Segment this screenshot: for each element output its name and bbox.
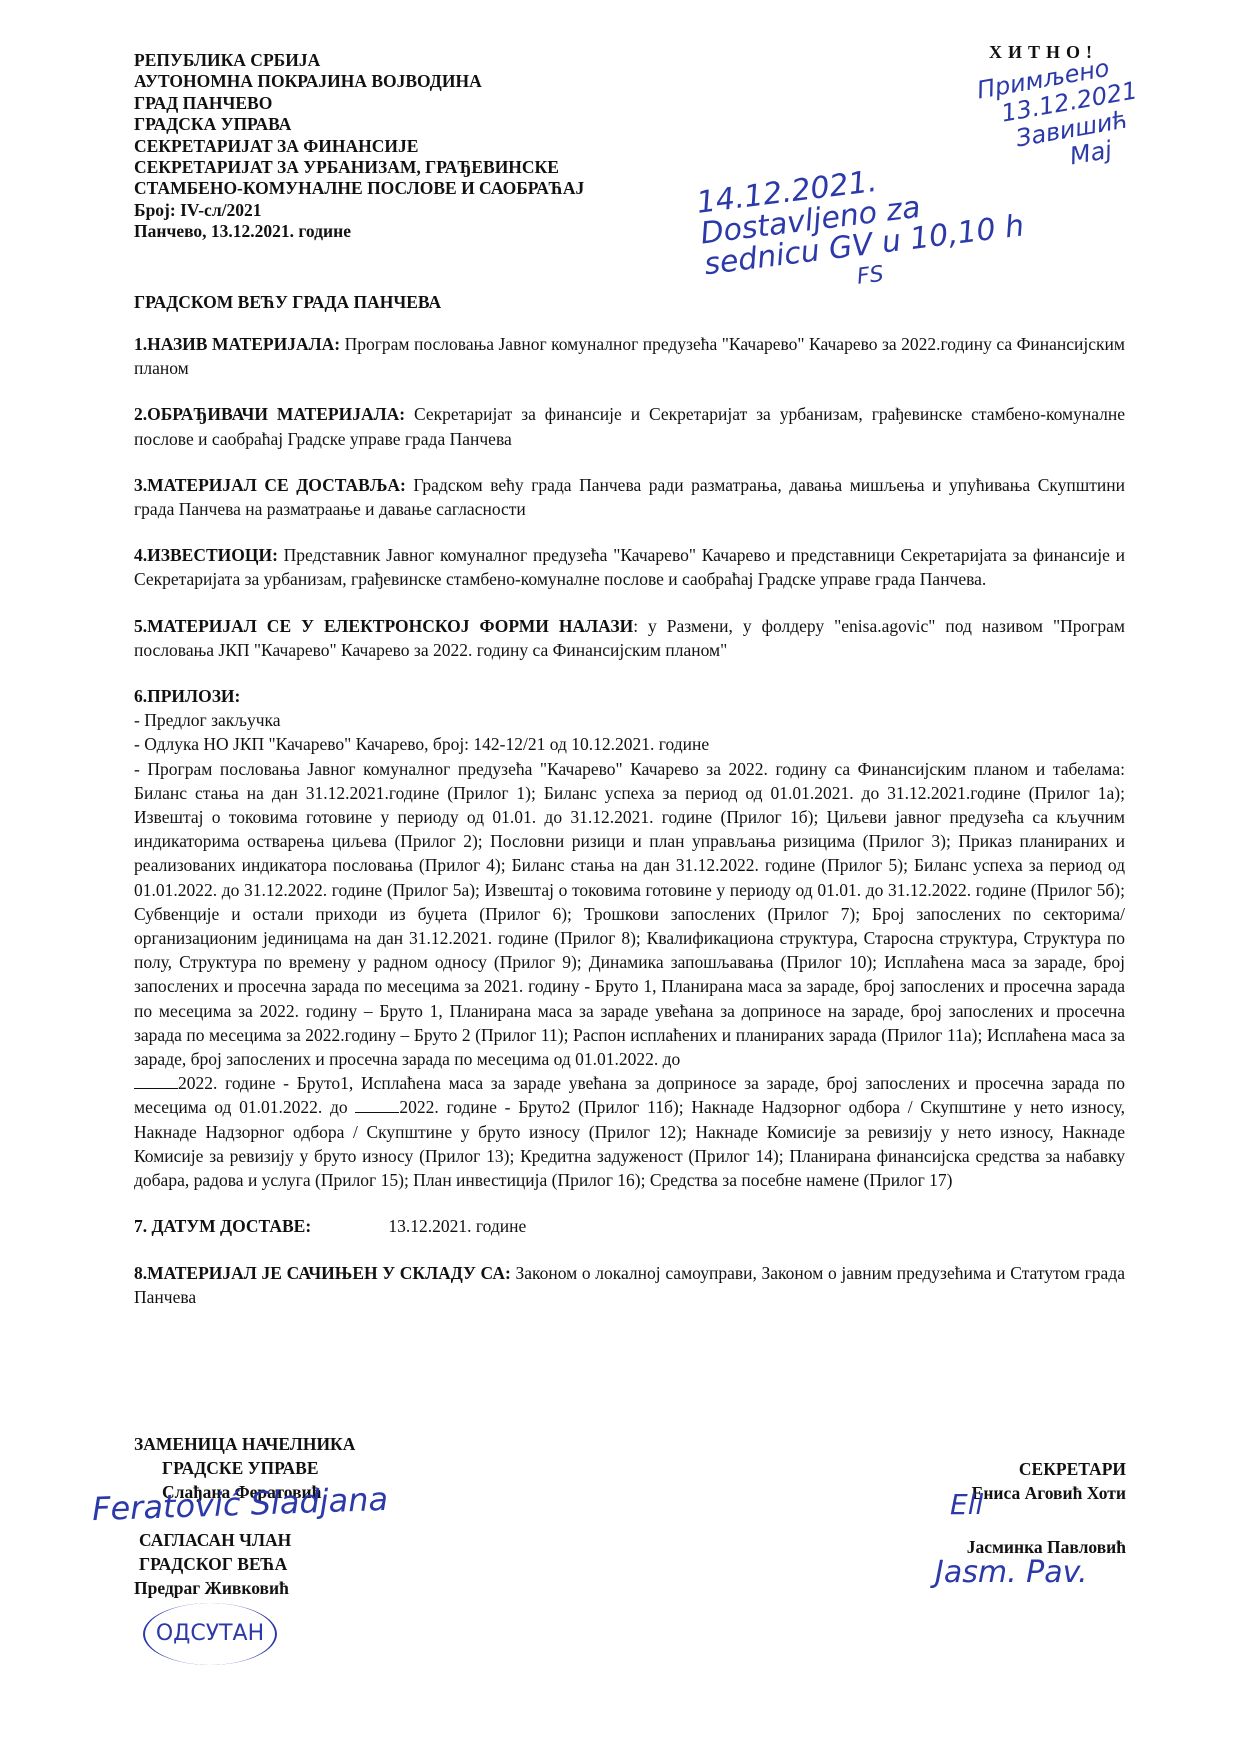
section-label: 4.ИЗВЕСТИОЦИ: <box>134 545 278 565</box>
letterhead-line: СТАМБЕНО-КОМУНАЛНЕ ПОСЛОВЕ И САОБРАЋАЈ <box>134 178 584 199</box>
section-text: Представник Јавног комуналног предузећа … <box>134 545 1125 589</box>
section-label: 7. ДАТУМ ДОСТАВЕ: <box>134 1214 384 1238</box>
signature-block-right: СЕКРЕТАРИ Ениса Аговић Хоти Јасминка Пав… <box>967 1457 1126 1559</box>
section-delivery-date: 7. ДАТУМ ДОСТАВЕ: 13.12.2021. године <box>134 1214 1125 1238</box>
signatory-title: ГРАДСКОГ ВЕЋА <box>134 1552 355 1576</box>
section-label: 6.ПРИЛОЗИ: <box>134 684 1125 708</box>
section-rapporteurs: 4.ИЗВЕСТИОЦИ: Представник Јавног комунал… <box>134 543 1125 591</box>
section-compliance: 8.МАТЕРИЈАЛ ЈЕ САЧИЊЕН У СКЛАДУ СА: Зако… <box>134 1261 1125 1309</box>
handwritten-delivery-note: 14.12.2021. Dostavljeno za sednicu GV u … <box>695 149 1030 311</box>
document-body: 1.НАЗИВ МАТЕРИЈАЛА: Програм пословања Ја… <box>134 332 1125 1331</box>
delivery-date-value: 13.12.2021. године <box>388 1216 526 1236</box>
attachment-item: - Предлог закључка <box>134 708 1125 732</box>
signatory-name: Ениса Аговић Хоти <box>967 1481 1126 1505</box>
document-date: Панчево, 13.12.2021. године <box>134 221 584 242</box>
letterhead-line: СЕКРЕТАРИЈАТ ЗА УРБАНИЗАМ, ГРАЂЕВИНСКЕ <box>134 157 584 178</box>
attachment-item-program: - Програм пословања Јавног комуналног пр… <box>134 757 1125 1193</box>
section-label: 1.НАЗИВ МАТЕРИЈАЛА: <box>134 334 340 354</box>
section-delivered-to: 3.МАТЕРИЈАЛ СЕ ДОСТАВЉА: Градском већу г… <box>134 473 1125 521</box>
signatory-title: ЗАМЕНИЦА НАЧЕЛНИКА <box>134 1432 355 1456</box>
addressee: ГРАДСКОМ ВЕЋУ ГРАДА ПАНЧЕВА <box>134 292 441 313</box>
blank-field <box>134 1074 178 1089</box>
section-label: 3.МАТЕРИЈАЛ СЕ ДОСТАВЉА: <box>134 475 406 495</box>
signatory-title: СЕКРЕТАРИ <box>967 1457 1126 1481</box>
blank-field <box>355 1098 399 1113</box>
section-material-name: 1.НАЗИВ МАТЕРИЈАЛА: Програм пословања Ја… <box>134 332 1125 380</box>
document-number: Број: IV-сл/2021 <box>134 200 584 221</box>
letterhead-line: АУТОНОМНА ПОКРАЈИНА ВОЈВОДИНА <box>134 71 584 92</box>
document-page: РЕПУБЛИКА СРБИЈА АУТОНОМНА ПОКРАЈИНА ВОЈ… <box>0 0 1240 1752</box>
section-attachments: 6.ПРИЛОЗИ: - Предлог закључка - Одлука Н… <box>134 684 1125 1192</box>
absent-note: ОДСУТАН <box>143 1603 277 1665</box>
attachment-item: - Одлука НО ЈКП "Качарево" Качарево, бро… <box>134 732 1125 756</box>
section-label: 2.ОБРАЂИВАЧИ МАТЕРИЈАЛА: <box>134 404 405 424</box>
attachment-text: - Програм пословања Јавног комуналног пр… <box>134 759 1125 1069</box>
letterhead: РЕПУБЛИКА СРБИЈА АУТОНОМНА ПОКРАЈИНА ВОЈ… <box>134 50 584 243</box>
signatory-name: Предраг Живковић <box>134 1576 355 1600</box>
letterhead-line: РЕПУБЛИКА СРБИЈА <box>134 50 584 71</box>
letterhead-line: ГРАД ПАНЧЕВО <box>134 93 584 114</box>
section-electronic-location: 5.МАТЕРИЈАЛ СЕ У ЕЛЕКТРОНСКОЈ ФОРМИ НАЛА… <box>134 614 1125 662</box>
handwritten-signature: Ell <box>950 1488 983 1521</box>
letterhead-line: СЕКРЕТАРИЈАТ ЗА ФИНАНСИЈЕ <box>134 136 584 157</box>
signatory-title: ГРАДСКЕ УПРАВЕ <box>134 1456 355 1480</box>
section-label: 8.МАТЕРИЈАЛ ЈЕ САЧИЊЕН У СКЛАДУ СА: <box>134 1263 511 1283</box>
handwritten-signature: Jasm. Pav. <box>935 1555 1087 1590</box>
letterhead-line: ГРАДСКА УПРАВА <box>134 114 584 135</box>
signatory-title: САГЛАСАН ЧЛАН <box>134 1528 355 1552</box>
section-label: 5.МАТЕРИЈАЛ СЕ У ЕЛЕКТРОНСКОЈ ФОРМИ НАЛА… <box>134 616 633 636</box>
section-preparers: 2.ОБРАЂИВАЧИ МАТЕРИЈАЛА: Секретаријат за… <box>134 402 1125 450</box>
